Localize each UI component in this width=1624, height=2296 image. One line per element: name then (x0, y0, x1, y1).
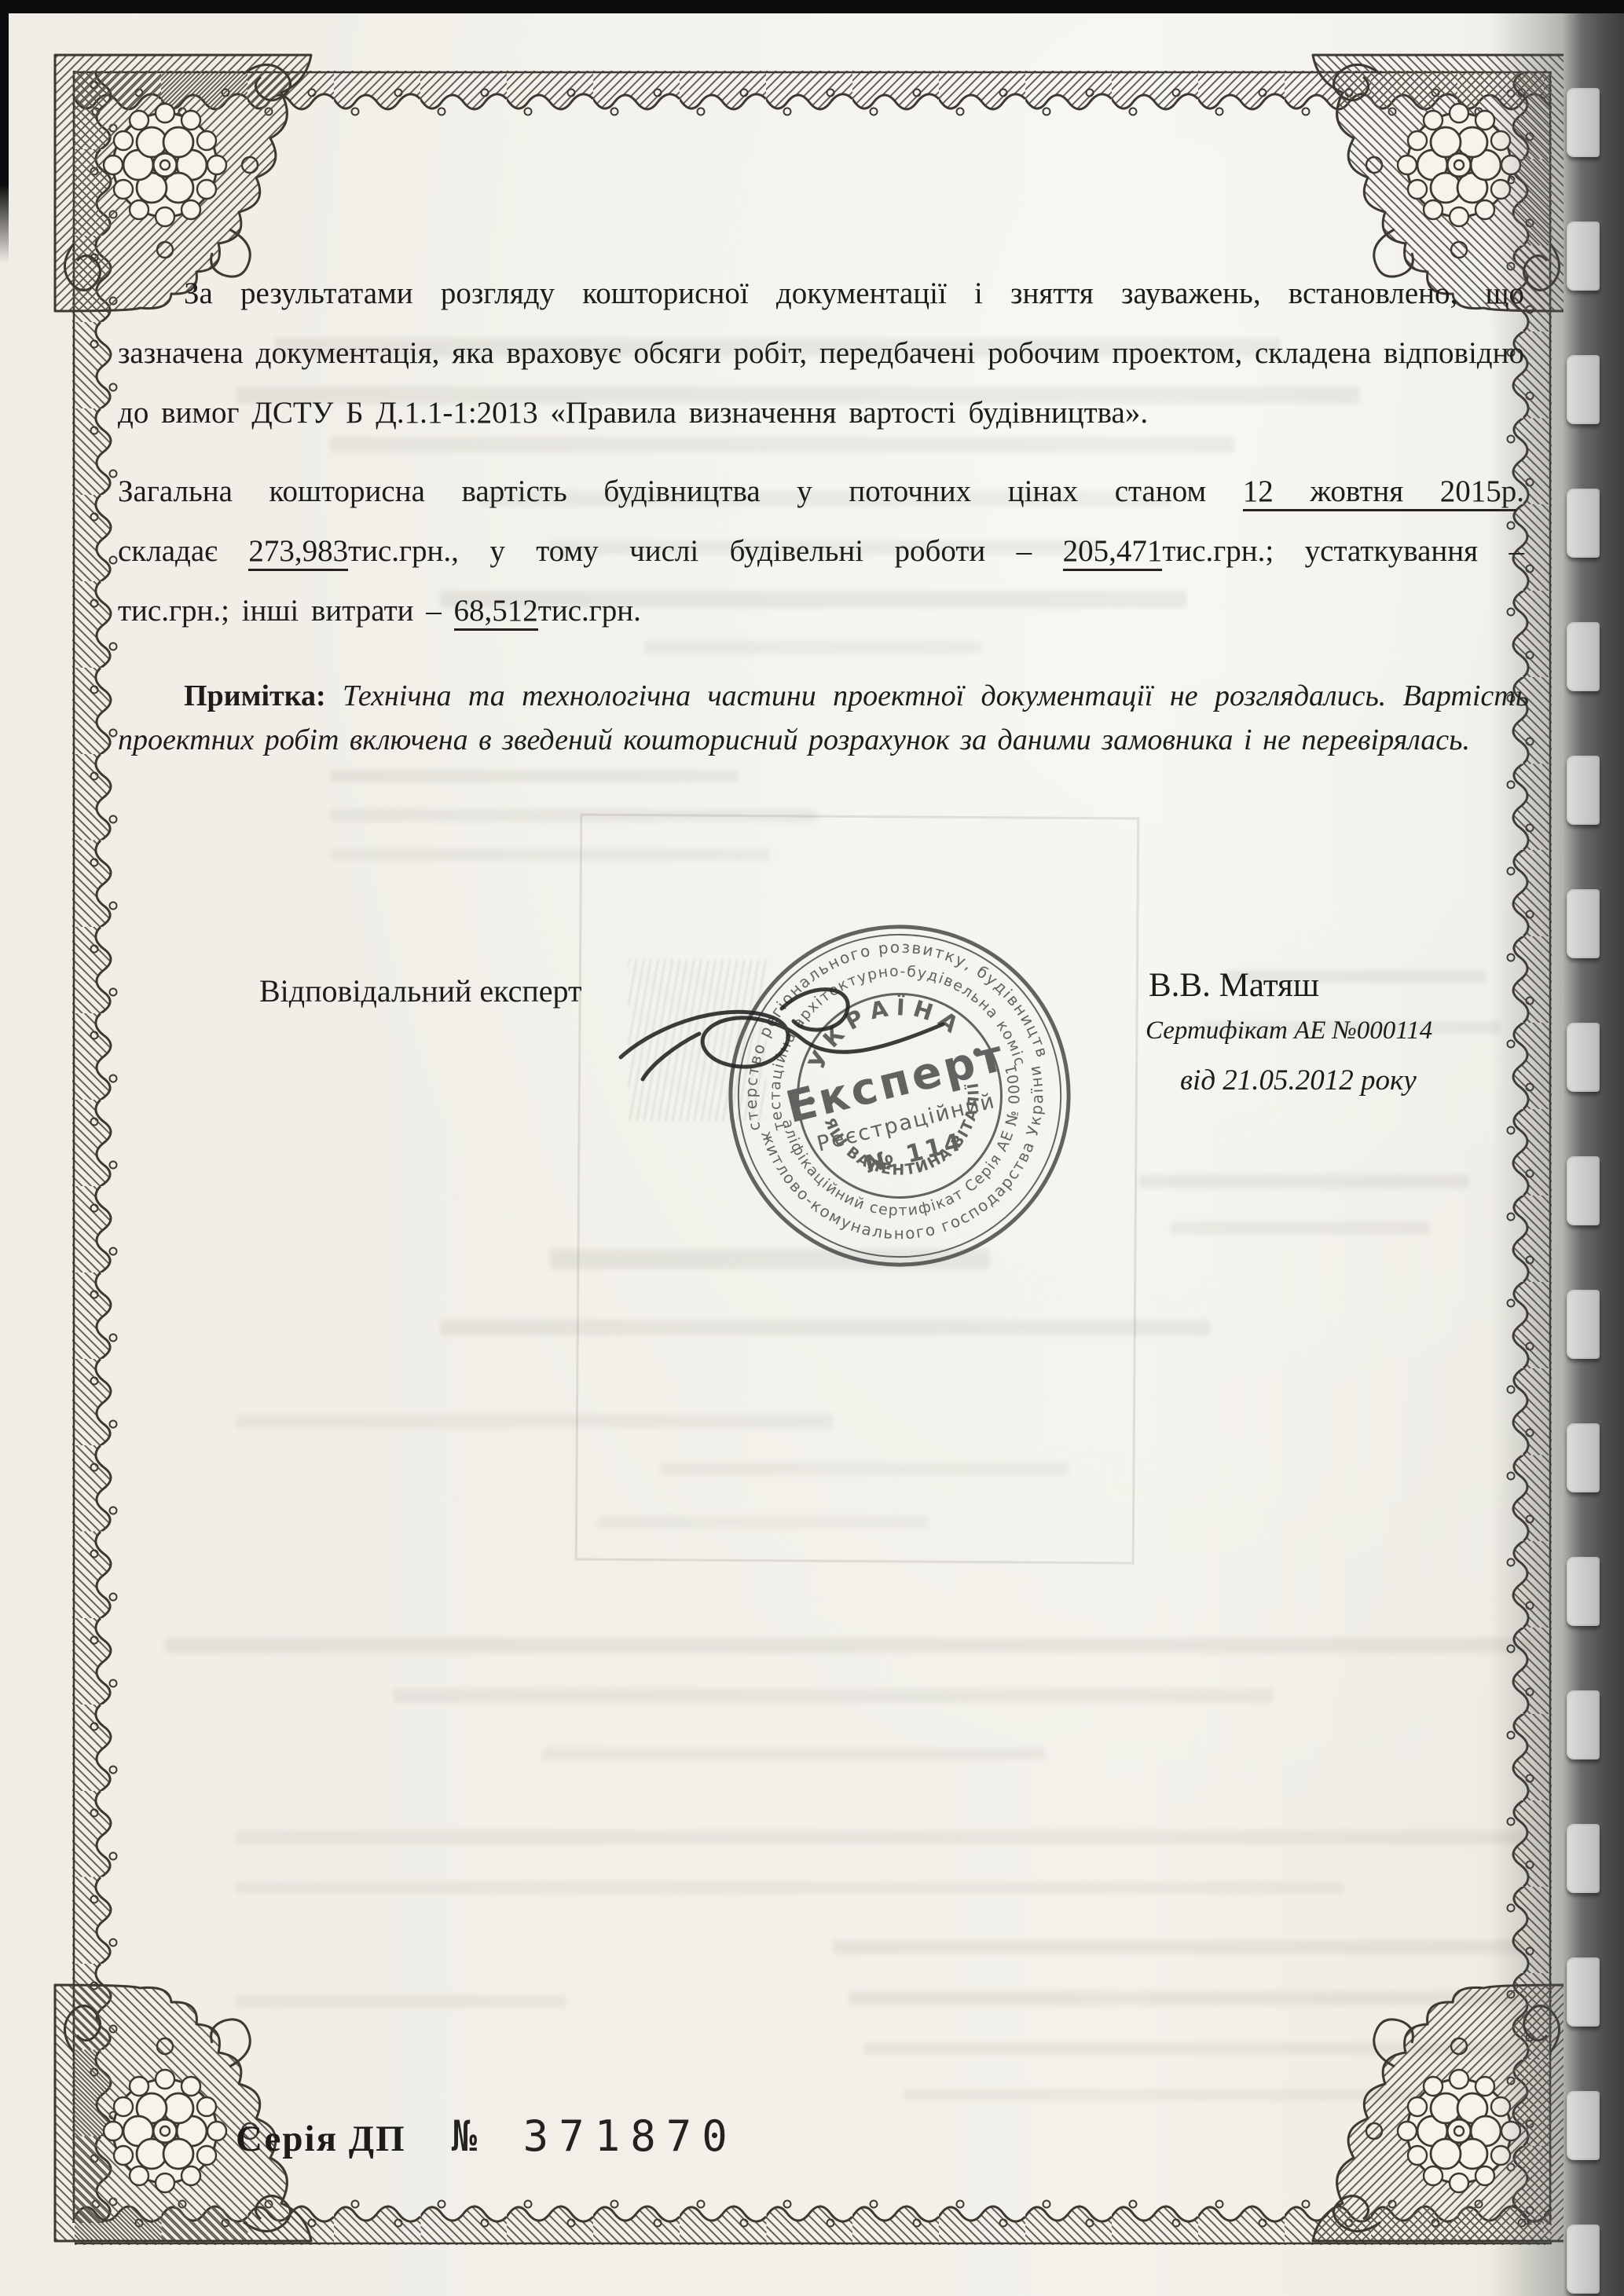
responsible-expert-label: Відповідальний експерт (259, 972, 582, 1009)
binding-notch (1567, 1557, 1600, 1626)
cost-line3-suffix: тис.грн. (538, 594, 641, 628)
binding-notch (1567, 756, 1600, 825)
binding-notch (1567, 88, 1600, 157)
binding-notch (1567, 2091, 1600, 2160)
cost-line2-prefix: складає (118, 534, 248, 568)
paragraph-review-statement: За результатами розгляду кошторисної док… (118, 264, 1524, 443)
cost-line1-text: Загальна кошторисна вартість будівництва… (118, 474, 1243, 508)
total-cost-value: 273,983 (248, 534, 348, 571)
serial-series-label: Серія ДП (236, 2118, 406, 2160)
certificate-page: За результатами розгляду кошторисної док… (0, 0, 1624, 2296)
binding-notch (1567, 1290, 1600, 1359)
expert-signature (605, 939, 1014, 1159)
binding-notch (1567, 1957, 1600, 2027)
note-paragraph: Примітка: Технічна та технологічна части… (118, 674, 1529, 762)
note-text: Технічна та технологічна частини проектн… (118, 679, 1529, 756)
note-label: Примітка: (184, 679, 326, 712)
cost-date-value: 12 жовтня 2015р (1243, 474, 1516, 511)
binding-notch (1567, 1824, 1600, 1893)
binding-notch (1567, 1156, 1600, 1225)
cost-line2-suffix: тис.грн.; устаткування – (1162, 534, 1524, 568)
binding-notch (1567, 1690, 1600, 1760)
binding-notch (1567, 622, 1600, 691)
binding-notch (1567, 222, 1600, 291)
spiral-binding-edge (1564, 0, 1624, 2296)
serial-number-row: Серія ДП № 371870 (236, 2111, 738, 2161)
binding-notch (1567, 355, 1600, 424)
paragraph-total-cost: Загальна кошторисна вартість будівництва… (118, 462, 1524, 641)
binding-shadow (1490, 0, 1564, 2296)
serial-number: № 371870 (452, 2111, 738, 2161)
expert-certificate-date: від 21.05.2012 року (1180, 1064, 1417, 1097)
scan-top-edge (0, 0, 1624, 13)
other-costs-value: 68,512 (454, 594, 538, 631)
cost-line-1: Загальна кошторисна вартість будівництва… (118, 462, 1524, 522)
cost-line2-mid: тис.грн., у тому числі будівельні роботи… (348, 534, 1062, 568)
cost-line3-prefix: тис.грн.; інші витрати – (118, 594, 454, 628)
binding-notch (1567, 2225, 1600, 2294)
binding-notch (1567, 889, 1600, 958)
construction-works-value: 205,471 (1063, 534, 1163, 571)
binding-notch (1567, 489, 1600, 558)
scan-left-edge (0, 0, 9, 263)
binding-notch (1567, 1423, 1600, 1492)
cost-line-2: складає 273,983тис.грн., у тому числі бу… (118, 522, 1524, 581)
expert-name: В.В. Матяш (1149, 966, 1319, 1005)
expert-certificate-number: Сертифікат АЕ №000114 (1146, 1016, 1432, 1045)
cost-line-3: тис.грн.; інші витрати – 68,512тис.грн. (118, 581, 1524, 641)
binding-notch (1567, 1023, 1600, 1092)
